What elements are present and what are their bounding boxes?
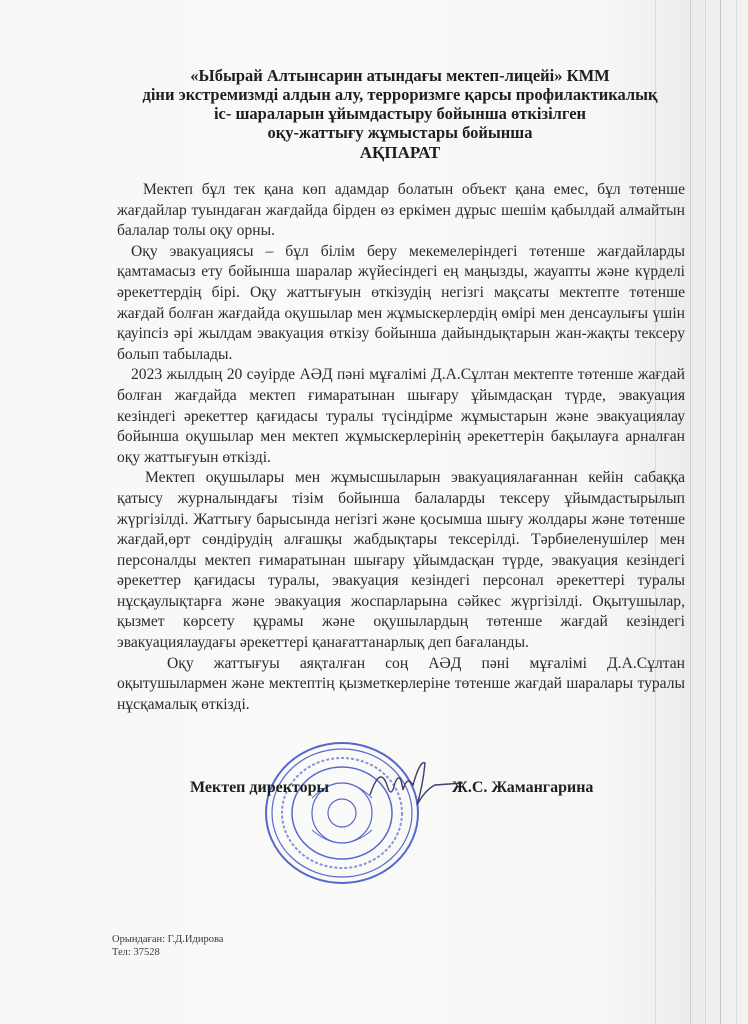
header-line: іс- шараларын ұйымдастыру бойынша өткізі…: [100, 104, 700, 123]
document-header: «Ыбырай Алтынсарин атындағы мектеп-лицей…: [100, 66, 700, 162]
phone-line: Тел: 37528: [112, 946, 223, 959]
header-line: діни экстремизмді алдын алу, терроризмге…: [100, 85, 700, 104]
header-line: «Ыбырай Алтынсарин атындағы мектеп-лицей…: [100, 66, 700, 85]
signatory-name: Ж.С. Жамангарина: [452, 779, 593, 797]
scan-streak: [736, 0, 737, 1024]
paragraph: Оқу эвакуациясы – бұл білім беру мекемел…: [117, 242, 685, 366]
paragraph: Оқу жаттығуы аяқталған соң АӘД пәні мұға…: [117, 654, 685, 716]
document-body: Мектеп бұл тек қана көп адамдар болатын …: [117, 180, 685, 715]
signature-block: Мектеп директоры Ж.С. Жамангарина: [190, 775, 620, 805]
signature-label: Мектеп директоры: [190, 779, 329, 797]
paragraph: 2023 жылдың 20 сәуірде АӘД пәні мұғалімі…: [117, 365, 685, 468]
scan-streak: [705, 0, 706, 1024]
executor-line: Орындаған: Г.Д.Идирова: [112, 933, 223, 946]
scan-streak: [720, 0, 721, 1024]
document-title: АҚПАРАТ: [100, 143, 700, 162]
document-footer: Орындаған: Г.Д.Идирова Тел: 37528: [112, 933, 223, 959]
header-line: оқу-жаттығу жұмыстары бойынша: [100, 123, 700, 142]
paragraph: Мектеп оқушылары мен жұмысшыларын эвакуа…: [117, 468, 685, 653]
paragraph: Мектеп бұл тек қана көп адамдар болатын …: [117, 180, 685, 242]
